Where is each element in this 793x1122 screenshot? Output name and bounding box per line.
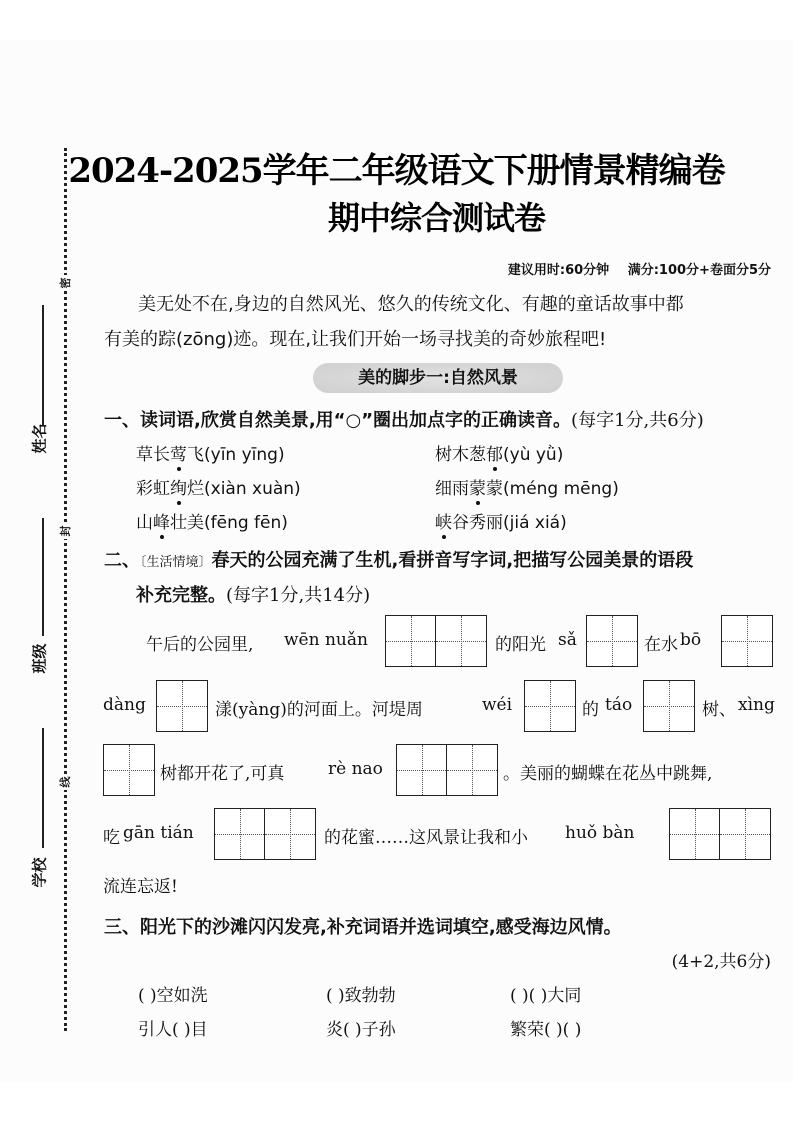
time-limit: 建议用时:60分钟 [508, 263, 609, 278]
name-field-label: 姓名 [29, 423, 50, 453]
q2-text: 在水 [644, 630, 678, 655]
q2-pinyin: wēn nuǎn [284, 630, 368, 650]
q1-item-3: 彩虹绚烂(xiàn xuàn) [136, 474, 301, 499]
exam-subtitle: 期中综合测试卷 [40, 193, 793, 239]
writing-box-xing[interactable] [103, 744, 155, 796]
q2-pinyin: sǎ [558, 630, 577, 650]
class-field-label: 班级 [29, 643, 50, 673]
writing-box-sa[interactable] [586, 615, 638, 667]
q2-text: 。美丽的蝴蝶在花丛中跳舞, [503, 759, 712, 784]
q2-text: 树都开花了,可真 [160, 759, 284, 784]
q2-text: 吃 [103, 823, 120, 848]
writing-box-huoban[interactable] [669, 808, 771, 860]
q3-blank-item[interactable]: 炎( )子孙 [326, 1015, 396, 1040]
q2-text: 树、 [702, 695, 736, 720]
writing-box-wei[interactable] [524, 680, 576, 732]
school-field-line[interactable] [42, 728, 44, 848]
writing-box-dang[interactable] [156, 680, 208, 732]
emphasis-dot-char: 莺 [170, 445, 187, 465]
emphasis-dot-char: 郁 [486, 445, 503, 465]
q2-pinyin: bō [680, 630, 701, 650]
q1-item-2: 树木葱郁(yù yǜ) [435, 440, 563, 465]
q2-pinyin: rè nao [328, 759, 383, 779]
q2-pinyin: dàng [103, 695, 146, 715]
q2-text: 流连忘返! [103, 872, 178, 897]
intro-line-2: 有美的踪(zōng)迹。现在,让我们开始一场寻找美的奇妙旅程吧! [104, 325, 776, 351]
question-3-score: (4+2,共6分) [672, 947, 771, 972]
q2-text: 午后的公园里, [146, 630, 253, 655]
question-2-title: 二、〔生活情境〕春天的公园充满了生机,看拼音写字词,把描写公园美景的语段 [104, 546, 693, 572]
question-1-score: (每字1分,共6分) [571, 410, 704, 431]
q1-item-6: 峡谷秀丽(jiá xiá) [435, 508, 567, 533]
q2-text: 的 [582, 695, 599, 720]
class-field-line[interactable] [42, 518, 44, 636]
q2-pinyin: táo [605, 695, 632, 715]
q3-blank-item[interactable]: ( )空如洗 [138, 981, 208, 1006]
exam-meta: 建议用时:60分钟 满分:100分+卷面分5分 [494, 259, 771, 278]
emphasis-dot-char: 蒙 [469, 479, 486, 499]
question-2-title-cont: 补充完整。(每字1分,共14分) [136, 581, 370, 607]
seal-char-mi: 密 [59, 275, 73, 291]
q3-blank-item[interactable]: 引人( )目 [138, 1015, 208, 1040]
writing-box-tao[interactable] [643, 680, 695, 732]
intro-line-1: 美无处不在,身边的自然风光、悠久的传统文化、有趣的童话故事中都 [104, 290, 776, 316]
q2-pinyin: huǒ bàn [565, 823, 635, 843]
question-1-title: 一、读词语,欣赏自然美景,用“○”圈出加点字的正确读音。(每字1分,共6分) [104, 406, 704, 432]
q2-pinyin: gān tián [123, 823, 194, 843]
q2-text: 的花蜜……这风景让我和小 [324, 823, 528, 848]
q1-item-5: 山峰壮美(fēng fēn) [136, 508, 288, 533]
q3-blank-item[interactable]: 繁荣( )( ) [510, 1015, 581, 1040]
name-field-line[interactable] [42, 305, 44, 425]
writing-box-renao[interactable] [396, 744, 498, 796]
context-tag: 〔生活情境〕 [140, 555, 212, 570]
writing-box-gantian[interactable] [214, 808, 316, 860]
section-banner: 美的脚步一:自然风景 [313, 363, 563, 393]
full-score: 满分:100分+卷面分5分 [628, 263, 771, 278]
question-3-title: 三、阳光下的沙滩闪闪发亮,补充词语并选词填空,感受海边风情。 [104, 913, 622, 939]
writing-box-wennuan[interactable] [385, 615, 487, 667]
seal-char-feng: 封 [59, 523, 73, 539]
q3-blank-item[interactable]: ( )致勃勃 [326, 981, 396, 1006]
q2-pinyin: wéi [482, 695, 512, 715]
exam-title: 2024-2025学年二年级语文下册情景精编卷 [0, 143, 793, 192]
q1-item-1: 草长莺飞(yīn yīng) [136, 440, 285, 465]
school-field-label: 学校 [29, 857, 50, 887]
q3-blank-item[interactable]: ( )( )大同 [510, 981, 581, 1006]
emphasis-dot-char: 峰 [153, 513, 170, 533]
q2-pinyin: xìng [738, 695, 775, 715]
writing-box-bo[interactable] [721, 615, 773, 667]
question-2-score: (每字1分,共14分) [226, 585, 370, 606]
q2-text: 漾(yàng)的河面上。河堤周 [215, 695, 423, 720]
q2-text: 的阳光 [495, 630, 546, 655]
emphasis-dot-char: 峡 [435, 513, 452, 533]
seal-char-xian: 线 [59, 774, 73, 790]
q1-item-4: 细雨蒙蒙(méng mēng) [435, 474, 619, 499]
emphasis-dot-char: 绚 [170, 479, 187, 499]
